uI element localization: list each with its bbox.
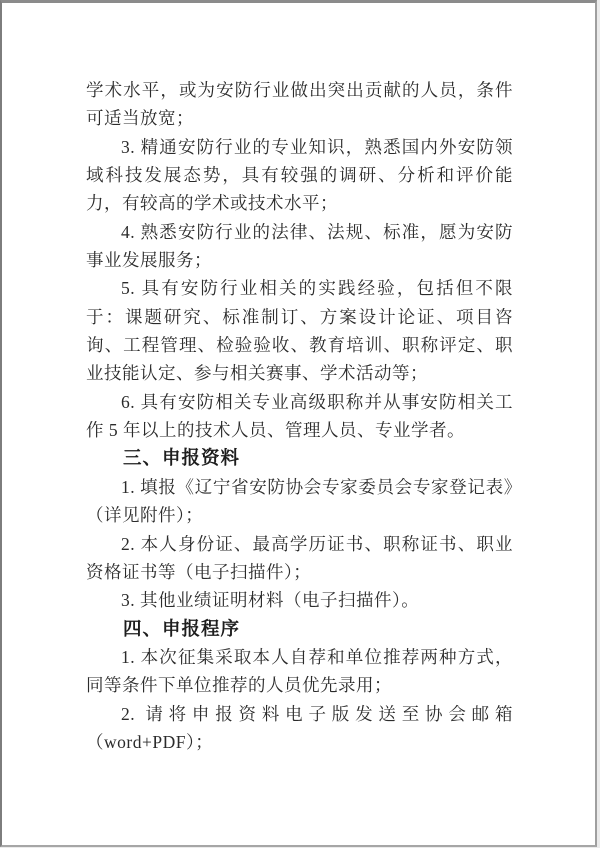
paragraph-procedure-2: 2. 请将申报资料电子版发送至协会邮箱（word+PDF）； [86,700,513,757]
paragraph-material-3: 3. 其他业绩证明材料（电子扫描件）。 [86,586,513,614]
paragraph-continuation: 学术水平，或为安防行业做出突出贡献的人员，条件可适当放宽； [86,76,513,133]
section-heading-procedure: 四、申报程序 [86,615,513,643]
paragraph-criterion-5: 5. 具有安防行业相关的实践经验，包括但不限于：课题研究、标准制订、方案设计论证… [86,274,513,387]
section-heading-materials: 三、申报资料 [86,444,513,472]
paragraph-material-2: 2. 本人身份证、最高学历证书、职称证书、职业资格证书等（电子扫描件）； [86,530,513,587]
paragraph-criterion-3: 3. 精通安防行业的专业知识，熟悉国内外安防领域科技发展态势，具有较强的调研、分… [86,133,513,218]
paragraph-procedure-1: 1. 本次征集采取本人自荐和单位推荐两种方式，同等条件下单位推荐的人员优先录用； [86,643,513,700]
document-content: 学术水平，或为安防行业做出突出贡献的人员，条件可适当放宽； 3. 精通安防行业的… [2,3,515,756]
paragraph-criterion-6: 6. 具有安防相关专业高级职称并从事安防相关工作 5 年以上的技术人员、管理人员… [86,388,513,445]
paragraph-material-1: 1. 填报《辽宁省安防协会专家委员会专家登记表》（详见附件）； [86,473,513,530]
paragraph-criterion-4: 4. 熟悉安防行业的法律、法规、标准，愿为安防事业发展服务； [86,218,513,275]
document-page: 学术水平，或为安防行业做出突出贡献的人员，条件可适当放宽； 3. 精通安防行业的… [0,0,597,847]
